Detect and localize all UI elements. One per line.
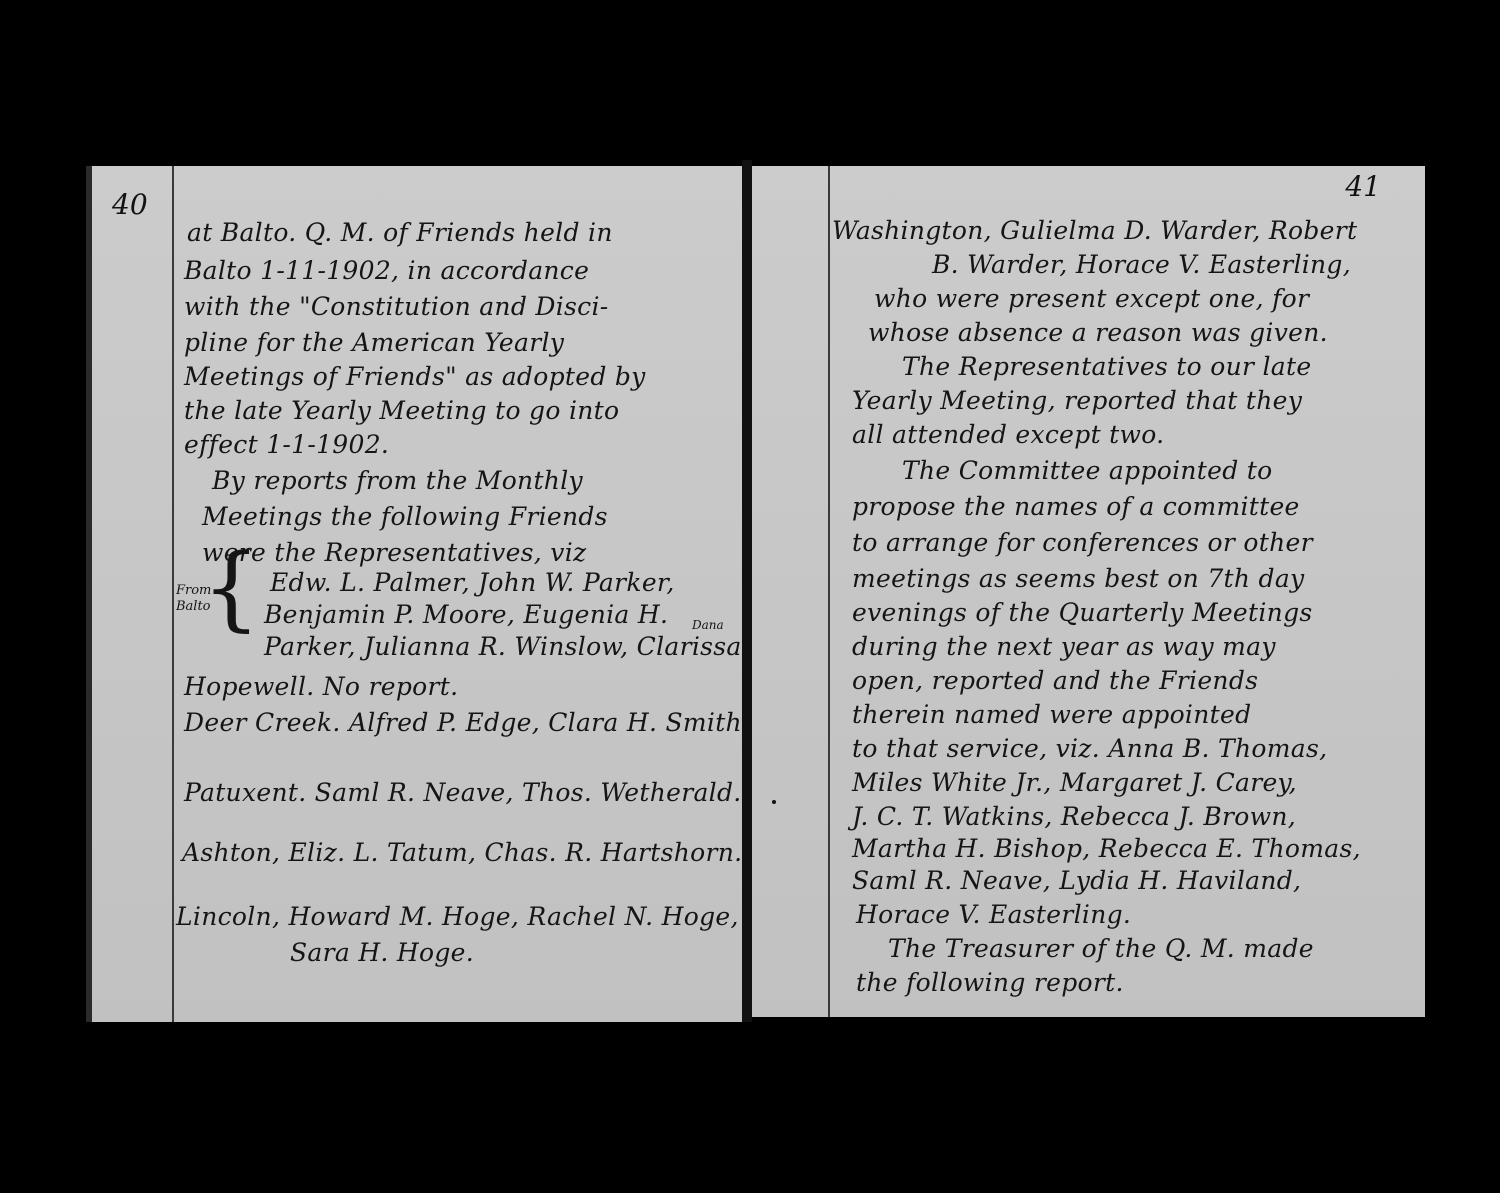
text-line: J. C. T. Watkins, Rebecca J. Brown, [852,802,1296,831]
entry-lincoln-cont: Sara H. Hoge. [290,938,474,967]
superscript-note: Dana [692,618,724,632]
text-line: Miles White Jr., Margaret J. Carey, [852,768,1297,797]
text-line: By reports from the Monthly [212,466,583,495]
text-line: Parker, Julianna R. Winslow, Clarissa [264,632,742,661]
text-line: to arrange for conferences or other [852,528,1313,557]
text-line: who were present except one, for [874,284,1309,313]
text-line: Saml R. Neave, Lydia H. Haviland, [852,866,1301,895]
brace-icon: { [202,542,261,634]
text-line: whose absence a reason was given. [868,318,1328,347]
entry-patuxent: Patuxent. Saml R. Neave, Thos. Wetherald… [184,778,742,807]
entry-deer-creek: Deer Creek. Alfred P. Edge, Clara H. Smi… [184,708,750,737]
text-line: Meetings of Friends" as adopted by [184,362,646,391]
text-line: Benjamin P. Moore, Eugenia H. [264,600,668,629]
text-line: Meetings the following Friends [202,502,608,531]
text-line: Washington, Gulielma D. Warder, Robert [832,216,1357,245]
text-line: the following report. [856,968,1124,997]
scanned-document: 40 at Balto. Q. M. of Friends held in Ba… [0,0,1500,1193]
text-line: The Committee appointed to [902,456,1272,485]
right-margin-rule [828,166,830,1017]
text-line: effect 1-1-1902. [184,430,389,459]
text-line: The Treasurer of the Q. M. made [888,934,1314,963]
text-line: at Balto. Q. M. of Friends held in [187,218,613,247]
entry-lincoln: Lincoln, Howard M. Hoge, Rachel N. Hoge, [176,902,739,931]
page-number-left: 40 [112,188,148,221]
text-line: The Representatives to our late [902,352,1311,381]
text-line: pline for the American Yearly [184,328,564,357]
entry-hopewell: Hopewell. No report. [184,672,458,701]
ink-speck [772,800,776,804]
page-number-right: 41 [1345,170,1381,203]
text-line: all attended except two. [852,420,1164,449]
text-line: Edw. L. Palmer, John W. Parker, [270,568,675,597]
text-line: therein named were appointed [852,700,1251,729]
text-line: open, reported and the Friends [852,666,1258,695]
text-line: meetings as seems best on 7th day [852,564,1304,593]
text-line: Martha H. Bishop, Rebecca E. Thomas, [852,834,1361,863]
text-line: with the "Constitution and Disci- [184,292,609,321]
text-line: evenings of the Quarterly Meetings [852,598,1313,627]
text-line: B. Warder, Horace V. Easterling, [932,250,1351,279]
text-line: during the next year as way may [852,632,1276,661]
text-line: to that service, viz. Anna B. Thomas, [852,734,1327,763]
right-page: 41 Washington, Gulielma D. Warder, Rober… [752,166,1425,1017]
left-margin-rule [172,166,174,1022]
text-line: Horace V. Easterling. [856,900,1131,929]
text-line: propose the names of a committee [852,492,1300,521]
text-line: the late Yearly Meeting to go into [184,396,619,425]
book-gutter [742,160,752,1022]
text-line: Balto 1-11-1902, in accordance [184,256,589,285]
entry-ashton: Ashton, Eliz. L. Tatum, Chas. R. Hartsho… [182,838,742,867]
left-page: 40 at Balto. Q. M. of Friends held in Ba… [92,166,742,1022]
text-line: Yearly Meeting, reported that they [852,386,1302,415]
